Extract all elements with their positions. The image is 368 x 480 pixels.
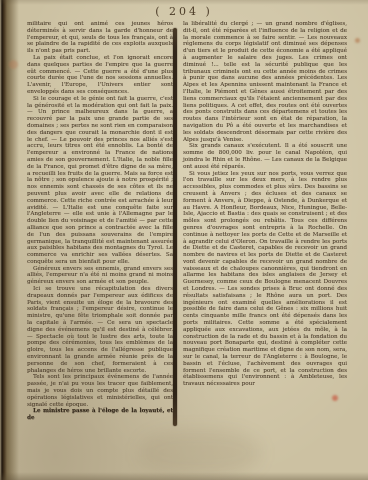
paragraph: Tels sont les principaux événemens de l'… <box>27 374 173 408</box>
paragraph: La paix était conclue, et l'on ignorait … <box>27 55 173 96</box>
column-divider-rule <box>173 28 177 426</box>
page-number: ( 204 ) <box>0 5 368 18</box>
paper-age-smudge <box>140 430 260 475</box>
paragraph: Généreux envers ses ennemis, grand enver… <box>27 266 173 286</box>
foxing-stain <box>355 38 360 43</box>
left-text-column: militaire qui ont animé ces jeunes héros… <box>27 21 173 422</box>
book-binding-shadow <box>0 0 20 480</box>
foxing-stain <box>332 395 338 401</box>
paragraph: militaire qui ont animé ces jeunes héros… <box>27 21 173 55</box>
page-bottom-edge-shade <box>0 472 368 480</box>
paragraph: Le ministre passe à l'éloge de la loyaut… <box>27 408 173 422</box>
paragraph: la libéralité du clergé ; — un grand nom… <box>183 21 347 143</box>
scanned-document-page: ( 204 ) militaire qui ont animé ces jeun… <box>0 0 368 480</box>
paragraph: Ici se trouve une récapitulation des div… <box>27 286 173 374</box>
paragraph: Six grands canaux s'exécutent. Il a été … <box>183 143 347 170</box>
right-text-column: la libéralité du clergé ; — un grand nom… <box>183 21 347 388</box>
paragraph: Si vous jetiez les yeux sur nos ports, v… <box>183 171 347 389</box>
foxing-stain <box>9 60 18 69</box>
paragraph: Si le courage et le génie ont fait la gu… <box>27 96 173 266</box>
